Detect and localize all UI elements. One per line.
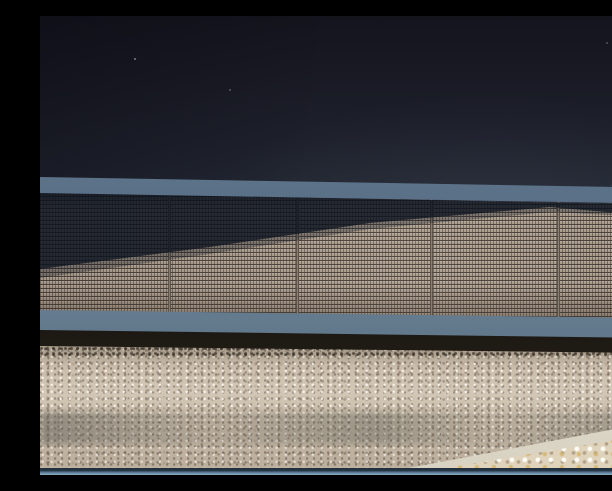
wall-speck	[229, 89, 231, 91]
gravel-streak	[40, 412, 612, 444]
photo-border-strip	[40, 468, 612, 475]
wall-speck	[134, 58, 136, 60]
grille-mullion	[557, 200, 560, 319]
photo-vent-grille-wall	[40, 16, 612, 475]
wall-speck	[606, 42, 608, 44]
